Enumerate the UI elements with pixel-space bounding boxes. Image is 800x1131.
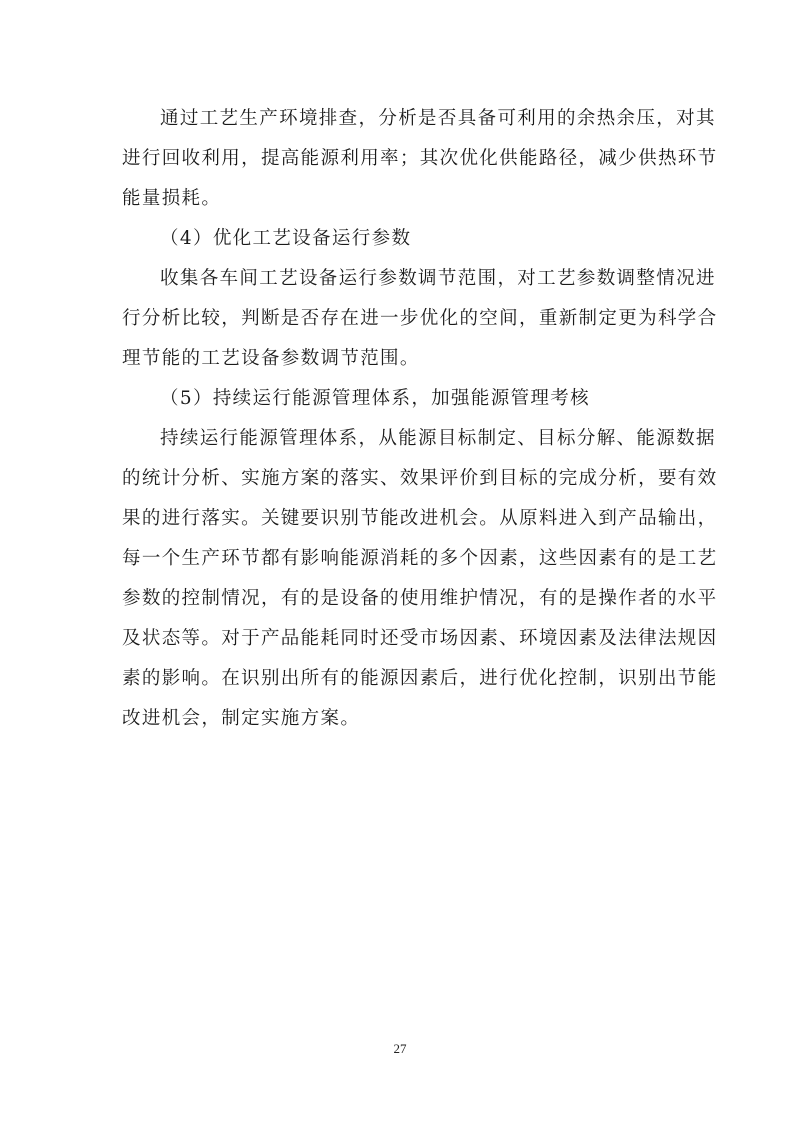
document-page: 通过工艺生产环境排查，分析是否具备可利用的余热余压，对其 进行回收利用，提高能源… — [0, 0, 800, 1131]
text-line: 持续运行能源管理体系，从能源目标制定、目标分解、能源数据 — [122, 424, 682, 464]
text-line: 及状态等。对于产品能耗同时还受市场因素、环境因素及法律法规因 — [122, 624, 682, 664]
page-number: 27 — [0, 1041, 800, 1057]
paragraph-waste-heat-recovery: 通过工艺生产环境排查，分析是否具备可利用的余热余压，对其 进行回收利用，提高能源… — [122, 104, 682, 224]
text-line: 理节能的工艺设备参数调节范围。 — [122, 344, 682, 384]
text-line: 收集各车间工艺设备运行参数调节范围，对工艺参数调整情况进 — [122, 264, 682, 304]
paragraph-energy-management-system: 持续运行能源管理体系，从能源目标制定、目标分解、能源数据 的统计分析、实施方案的… — [122, 424, 682, 744]
text-line: 行分析比较，判断是否存在进一步优化的空间，重新制定更为科学合 — [122, 304, 682, 344]
text-line: 素的影响。在识别出所有的能源因素后，进行优化控制，识别出节能 — [122, 664, 682, 704]
text-line: 每一个生产环节都有影响能源消耗的多个因素，这些因素有的是工艺 — [122, 544, 682, 584]
text-line: 的统计分析、实施方案的落实、效果评价到目标的完成分析，要有效 — [122, 464, 682, 504]
text-line: 能量损耗。 — [122, 184, 682, 224]
section-heading-4: （4）优化工艺设备运行参数 — [122, 224, 682, 264]
paragraph-optimize-parameters: 收集各车间工艺设备运行参数调节范围，对工艺参数调整情况进 行分析比较，判断是否存… — [122, 264, 682, 384]
text-line: 改进机会，制定实施方案。 — [122, 704, 682, 744]
text-line: 进行回收利用，提高能源利用率；其次优化供能路径，减少供热环节 — [122, 144, 682, 184]
text-line: 通过工艺生产环境排查，分析是否具备可利用的余热余压，对其 — [122, 104, 682, 144]
section-heading-5: （5）持续运行能源管理体系，加强能源管理考核 — [122, 384, 682, 424]
page-content: 通过工艺生产环境排查，分析是否具备可利用的余热余压，对其 进行回收利用，提高能源… — [122, 104, 682, 744]
text-line: 果的进行落实。关键要识别节能改进机会。从原料进入到产品输出， — [122, 504, 682, 544]
text-line: 参数的控制情况，有的是设备的使用维护情况，有的是操作者的水平 — [122, 584, 682, 624]
